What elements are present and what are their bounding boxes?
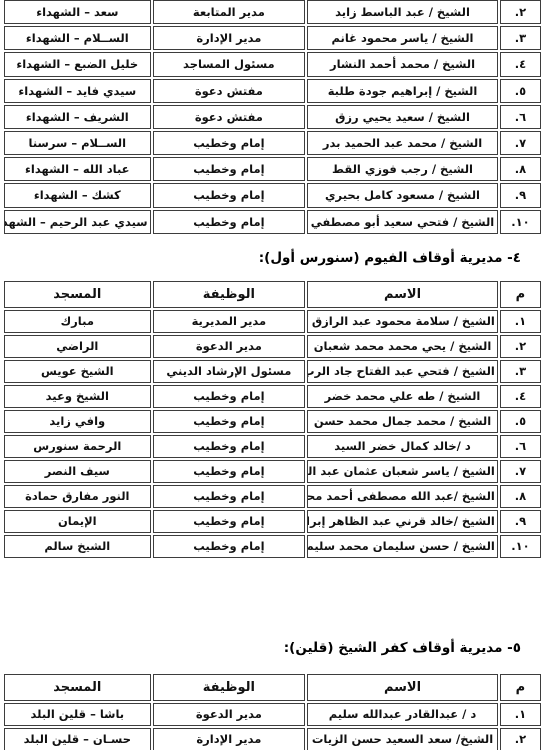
cell-name: الشيخ / إبراهيم جودة طلبة (307, 79, 498, 103)
cell-mosque: النور مفارق حمادة (4, 485, 151, 508)
cell-mosque: سيدي عبد الرحيم – الشهداء (4, 210, 151, 234)
cell-mosque: سعد – الشهداء (4, 0, 151, 24)
cell-job: مسئول الإرشاد الديني (153, 360, 306, 383)
cell-name: الشيخ / محمد جمال محمد حسن (307, 410, 498, 433)
imams-table-continued: ٢.الشيخ / عبد الباسط زايدمدير المتابعةسع… (2, 0, 543, 236)
cell-mosque: الســلام – الشهداء (4, 26, 151, 50)
section-heading-fayoum: ٤- مديرية أوقاف الفيوم (سنورس أول): (2, 249, 521, 267)
imams-table-kafr-elsheikh: م الاسم الوظيفة المسجد ١.د / عبدالقادر ع… (2, 672, 543, 750)
table-row: ١٠.الشيخ / حسن سليمان محمد سليمانإمام وخ… (4, 535, 541, 558)
cell-num: ٤. (500, 385, 541, 408)
cell-job: إمام وخطيب (153, 460, 306, 483)
cell-num: ٦. (500, 105, 541, 129)
cell-name: الشيخ / عبد الباسط زايد (307, 0, 498, 24)
imams-table-kafr-elsheikh-body: ١.د / عبدالقادر عبدالله سليممدير الدعوةب… (4, 703, 541, 750)
cell-job: إمام وخطيب (153, 485, 306, 508)
cell-name: الشيخ / سلامة محمود عبد الرازق نجم (307, 310, 498, 333)
cell-job: إمام وخطيب (153, 157, 306, 181)
imams-table-kafr-elsheikh-header: م الاسم الوظيفة المسجد (4, 674, 541, 701)
column-header-mosque: المسجد (4, 674, 151, 701)
table-row: ١٠.الشيخ / فتحي سعيد أبو مصطفيإمام وخطيب… (4, 210, 541, 234)
cell-job: مدير المديرية (153, 310, 306, 333)
table-row: ٦.د /خالد كمال خضر السيدإمام وخطيبالرحمة… (4, 435, 541, 458)
cell-mosque: حسـان – قلين البلد (4, 728, 151, 750)
cell-name: الشيخ / حسن سليمان محمد سليمان (307, 535, 498, 558)
cell-job: إمام وخطيب (153, 510, 306, 533)
cell-name: الشيخ / فتحي عبد الفتاح جاد الرب (307, 360, 498, 383)
cell-mosque: باشا – قلين البلد (4, 703, 151, 726)
cell-mosque: الراضي (4, 335, 151, 358)
table-row: ٦.الشيخ / سعيد يحيي رزقمفتش دعوةالشريف –… (4, 105, 541, 129)
cell-name: الشيخ / فتحي سعيد أبو مصطفي (307, 210, 498, 234)
cell-num: ١. (500, 703, 541, 726)
cell-name: الشيخ / رجب فوزي القط (307, 157, 498, 181)
cell-mosque: الشريف – الشهداء (4, 105, 151, 129)
cell-num: ٣. (500, 360, 541, 383)
cell-num: ٦. (500, 435, 541, 458)
column-header-job: الوظيفة (153, 281, 306, 308)
cell-num: ٢. (500, 0, 541, 24)
header-row: م الاسم الوظيفة المسجد (4, 281, 541, 308)
imams-table-fayoum-body: ١.الشيخ / سلامة محمود عبد الرازق نجممدير… (4, 310, 541, 558)
table-row: ٤.الشيخ / محمد أحمد النشارمسئول المساجدخ… (4, 52, 541, 76)
cell-mosque: الشيخ سالم (4, 535, 151, 558)
cell-mosque: وافي زايد (4, 410, 151, 433)
cell-job: مدير الدعوة (153, 703, 306, 726)
header-row: م الاسم الوظيفة المسجد (4, 674, 541, 701)
cell-name: الشيخ / سعيد يحيي رزق (307, 105, 498, 129)
cell-job: مفتش دعوة (153, 105, 306, 129)
cell-num: ٧. (500, 131, 541, 155)
table-row: ٣.الشيخ / ياسر محمود غانممدير الإدارةالس… (4, 26, 541, 50)
table-row: ١.الشيخ / سلامة محمود عبد الرازق نجممدير… (4, 310, 541, 333)
cell-num: ٢. (500, 335, 541, 358)
cell-mosque: كشك – الشهداء (4, 183, 151, 207)
cell-name: الشيخ / محمد عبد الحميد بدر (307, 131, 498, 155)
cell-mosque: سيف النصر (4, 460, 151, 483)
cell-job: إمام وخطيب (153, 410, 306, 433)
table-row: ٧.الشيخ / محمد عبد الحميد بدرإمام وخطيبا… (4, 131, 541, 155)
cell-mosque: سيدي فايد – الشهداء (4, 79, 151, 103)
cell-name: الشيخ / ياسر شعبان عثمان عبد الجواد (307, 460, 498, 483)
cell-name: الشيخ / مسعود كامل بحيري (307, 183, 498, 207)
cell-name: د /خالد كمال خضر السيد (307, 435, 498, 458)
column-header-number: م (500, 674, 541, 701)
imams-table-fayoum: م الاسم الوظيفة المسجد ١.الشيخ / سلامة م… (2, 279, 543, 560)
cell-num: ٤. (500, 52, 541, 76)
column-header-job: الوظيفة (153, 674, 306, 701)
table-row: ٩.الشيخ / مسعود كامل بحيريإمام وخطيبكشك … (4, 183, 541, 207)
cell-name: الشيخ / طه علي محمد خضر (307, 385, 498, 408)
cell-job: إمام وخطيب (153, 385, 306, 408)
cell-mosque: الشيخ وعيد (4, 385, 151, 408)
column-header-name: الاسم (307, 674, 498, 701)
table-row: ٥.الشيخ / إبراهيم جودة طلبةمفتش دعوةسيدي… (4, 79, 541, 103)
cell-mosque: الشيخ عويس (4, 360, 151, 383)
cell-job: إمام وخطيب (153, 183, 306, 207)
cell-mosque: الرحمة سنورس (4, 435, 151, 458)
cell-num: ٧. (500, 460, 541, 483)
imams-table-fayoum-header: م الاسم الوظيفة المسجد (4, 281, 541, 308)
section-heading-kafr-elsheikh: ٥- مديرية أوقاف كفر الشيخ (قلين): (2, 639, 521, 657)
cell-num: ٩. (500, 510, 541, 533)
cell-name: الشيخ / يحي محمد محمد شعبان (307, 335, 498, 358)
table-row: ٢.الشيخ / يحي محمد محمد شعبانمدير الدعوة… (4, 335, 541, 358)
cell-name: الشيخ /خالد قرني عبد الظاهر إبراهيم (307, 510, 498, 533)
document-page: ٢.الشيخ / عبد الباسط زايدمدير المتابعةسع… (0, 0, 550, 750)
cell-mosque: عباد الله – الشهداء (4, 157, 151, 181)
cell-job: إمام وخطيب (153, 535, 306, 558)
column-header-mosque: المسجد (4, 281, 151, 308)
table-row: ٨.الشيخ /عبد الله مصطفى أحمد محمدإمام وخ… (4, 485, 541, 508)
cell-num: ١٠. (500, 210, 541, 234)
table-row: ٢.الشيخ/ سعد السعيد حسن الزياتمدير الإدا… (4, 728, 541, 750)
cell-job: إمام وخطيب (153, 210, 306, 234)
table-row: ٢.الشيخ / عبد الباسط زايدمدير المتابعةسع… (4, 0, 541, 24)
table-row: ٩.الشيخ /خالد قرني عبد الظاهر إبراهيمإما… (4, 510, 541, 533)
imams-table-continued-body: ٢.الشيخ / عبد الباسط زايدمدير المتابعةسع… (4, 0, 541, 234)
table-row: ٧.الشيخ / ياسر شعبان عثمان عبد الجوادإما… (4, 460, 541, 483)
cell-num: ٨. (500, 485, 541, 508)
cell-num: ١٠. (500, 535, 541, 558)
cell-num: ٨. (500, 157, 541, 181)
cell-num: ١. (500, 310, 541, 333)
cell-name: الشيخ/ سعد السعيد حسن الزيات (307, 728, 498, 750)
cell-job: إمام وخطيب (153, 435, 306, 458)
table-row: ٣.الشيخ / فتحي عبد الفتاح جاد الربمسئول … (4, 360, 541, 383)
table-row: ١.د / عبدالقادر عبدالله سليممدير الدعوةب… (4, 703, 541, 726)
table-row: ٤.الشيخ / طه علي محمد خضرإمام وخطيبالشيخ… (4, 385, 541, 408)
table-row: ٨.الشيخ / رجب فوزي القطإمام وخطيبعباد ال… (4, 157, 541, 181)
cell-job: مدير الإدارة (153, 728, 306, 750)
cell-num: ٣. (500, 26, 541, 50)
cell-num: ٥. (500, 79, 541, 103)
cell-num: ٥. (500, 410, 541, 433)
table-row: ٥.الشيخ / محمد جمال محمد حسنإمام وخطيبوا… (4, 410, 541, 433)
cell-job: إمام وخطيب (153, 131, 306, 155)
column-header-number: م (500, 281, 541, 308)
cell-job: مفتش دعوة (153, 79, 306, 103)
cell-job: مدير الإدارة (153, 26, 306, 50)
cell-job: مدير المتابعة (153, 0, 306, 24)
cell-name: الشيخ /عبد الله مصطفى أحمد محمد (307, 485, 498, 508)
cell-name: د / عبدالقادر عبدالله سليم (307, 703, 498, 726)
cell-job: مسئول المساجد (153, 52, 306, 76)
cell-mosque: الســلام – سرسنا (4, 131, 151, 155)
cell-job: مدير الدعوة (153, 335, 306, 358)
cell-name: الشيخ / ياسر محمود غانم (307, 26, 498, 50)
cell-mosque: الإيمان (4, 510, 151, 533)
cell-num: ٢. (500, 728, 541, 750)
cell-num: ٩. (500, 183, 541, 207)
column-header-name: الاسم (307, 281, 498, 308)
cell-mosque: مبارك (4, 310, 151, 333)
cell-name: الشيخ / محمد أحمد النشار (307, 52, 498, 76)
cell-mosque: خليل الضبع – الشهداء (4, 52, 151, 76)
